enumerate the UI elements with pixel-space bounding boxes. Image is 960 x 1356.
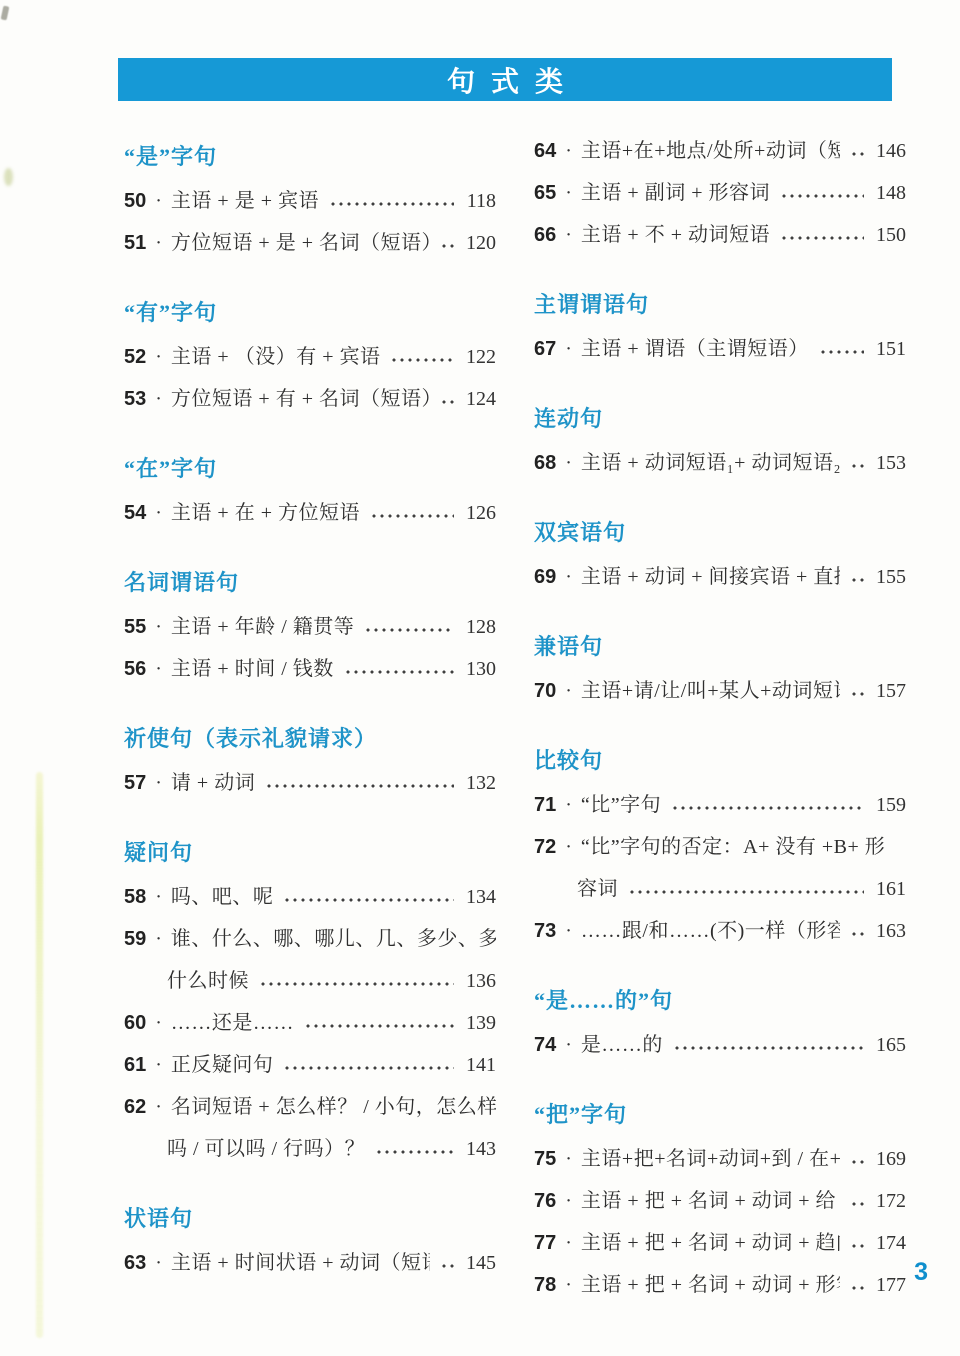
entry-text: 主语 + 动词 + 间接宾语 + 直接宾语: [581, 556, 840, 598]
page-ref: 130: [462, 648, 496, 690]
bullet-separator: ·: [155, 492, 162, 534]
page-ref: 174: [872, 1222, 906, 1264]
entry-text: ……跟/和……(不)一样（形容词）: [581, 910, 840, 952]
bullet-separator: ·: [565, 130, 572, 172]
toc-entry: 68·主语 + 动词短语₁+ 动词短语₂153: [534, 442, 906, 484]
entry-text: 吗、吧、呢: [171, 876, 274, 918]
page-ref: 161: [872, 868, 906, 910]
entry-text: 主语 + 是 + 宾语: [171, 180, 319, 222]
toc-entry: 56·主语 + 时间 / 钱数130: [124, 648, 496, 690]
entry-number: 55: [124, 606, 146, 648]
section-heading: 主谓谓语句: [534, 290, 906, 320]
toc-entry: 64·主语+在+地点/处所+动词（短语）146: [534, 130, 906, 172]
bullet-separator: ·: [565, 910, 572, 952]
bullet-separator: ·: [565, 172, 572, 214]
dot-leader: [850, 577, 864, 583]
bullet-separator: ·: [155, 1044, 162, 1086]
page-ref: 157: [872, 670, 906, 712]
dot-leader: [344, 669, 454, 675]
dot-leader: [850, 1159, 864, 1165]
scan-artifact-speck: [4, 168, 13, 186]
bullet-separator: ·: [155, 918, 162, 960]
entry-number: 53: [124, 378, 146, 420]
page-ref: 146: [872, 130, 906, 172]
entry-number: 63: [124, 1242, 146, 1284]
dot-leader: [390, 357, 454, 363]
toc-entry: 58·吗、吧、呢134: [124, 876, 496, 918]
entry-number: 74: [534, 1024, 556, 1066]
entry-number: 71: [534, 784, 556, 826]
dot-leader: [283, 897, 454, 903]
bullet-separator: ·: [565, 328, 572, 370]
entry-number: 76: [534, 1180, 556, 1222]
page-ref: 124: [462, 378, 496, 420]
bullet-separator: ·: [565, 1180, 572, 1222]
entry-text: 主语 + 副词 + 形容词: [581, 172, 770, 214]
page-ref: 153: [872, 442, 906, 484]
toc-entry: 70·主语+请/让/叫+某人+动词短语157: [534, 670, 906, 712]
toc-entry: 71·“比”字句159: [534, 784, 906, 826]
dot-leader: [375, 1149, 454, 1155]
entry-text: 请 + 动词: [171, 762, 255, 804]
page-ref: 143: [462, 1128, 496, 1170]
dot-leader: [259, 981, 454, 987]
page-ref: 145: [462, 1242, 496, 1284]
bullet-separator: ·: [155, 762, 162, 804]
page-ref: 165: [872, 1024, 906, 1066]
entry-number: 62: [124, 1086, 146, 1128]
section-heading: 连动句: [534, 404, 906, 434]
toc-entry: 60·……还是……139: [124, 1002, 496, 1044]
entry-number: 58: [124, 876, 146, 918]
toc-entry: 65·主语 + 副词 + 形容词148: [534, 172, 906, 214]
toc-entry: 78·主语 + 把 + 名词 + 动词 + 形容词177: [534, 1264, 906, 1306]
section-heading: 祈使句（表示礼貌请求）: [124, 724, 496, 754]
toc-entry-twoline: 72·“比”字句的否定：A+ 没有 +B+ 形 容词161: [534, 826, 906, 910]
bullet-separator: ·: [155, 336, 162, 378]
dot-leader: [850, 463, 864, 469]
dot-leader: [671, 805, 864, 811]
bullet-separator: ·: [565, 670, 572, 712]
entry-text: 主语 + 把 + 名词 + 动词 + 给 + 某人: [581, 1180, 840, 1222]
entry-text: 主语 + 把 + 名词 + 动词 + 形容词: [581, 1264, 840, 1306]
entry-text: 主语 + 不 + 动词短语: [581, 214, 770, 256]
toc-entry: 73·……跟/和……(不)一样（形容词）163: [534, 910, 906, 952]
entry-number: 52: [124, 336, 146, 378]
bullet-separator: ·: [565, 826, 572, 868]
dot-leader: [780, 193, 864, 199]
dot-leader: [364, 627, 454, 633]
page-ref: 128: [462, 606, 496, 648]
entry-text: 主语+把+名词+动词+到 / 在+地方: [581, 1138, 840, 1180]
entry-text: 名词短语 + 怎么样？ / 小句，怎么样（好: [171, 1086, 496, 1128]
bullet-separator: ·: [155, 378, 162, 420]
entry-text: 主语 + 把 + 名词 + 动词 + 趋向补语: [581, 1222, 840, 1264]
page-ref: 141: [462, 1044, 496, 1086]
toc-entry: 74·是……的165: [534, 1024, 906, 1066]
entry-number: 64: [534, 130, 556, 172]
dot-leader: [440, 243, 454, 249]
entry-text: 主语+在+地点/处所+动词（短语）: [581, 130, 840, 172]
toc-entry: 52·主语 + （没）有 + 宾语122: [124, 336, 496, 378]
dot-leader: [673, 1045, 864, 1051]
dot-leader: [850, 151, 864, 157]
bullet-separator: ·: [155, 222, 162, 264]
page-ref: 151: [872, 328, 906, 370]
page-ref: 134: [462, 876, 496, 918]
entry-number: 73: [534, 910, 556, 952]
dot-leader: [329, 201, 454, 207]
page-ref: 139: [462, 1002, 496, 1044]
section-heading: “是……的”句: [534, 986, 906, 1016]
entry-text: ……还是……: [171, 1002, 294, 1044]
entry-text: 谁、什么、哪、哪儿、几、多少、多大、: [171, 918, 496, 960]
section-heading: 名词谓语句: [124, 568, 496, 598]
entry-number: 69: [534, 556, 556, 598]
bullet-separator: ·: [565, 1024, 572, 1066]
entry-number: 59: [124, 918, 146, 960]
section-heading: 兼语句: [534, 632, 906, 662]
page-ref: 122: [462, 336, 496, 378]
dot-leader: [283, 1065, 454, 1071]
toc-entry-twoline: 62·名词短语 + 怎么样？ / 小句，怎么样（好 吗 / 可以吗 / 行吗）？…: [124, 1086, 496, 1170]
bullet-separator: ·: [155, 1086, 162, 1128]
dot-leader: [304, 1023, 454, 1029]
toc-entry: 61·正反疑问句141: [124, 1044, 496, 1086]
entry-text: 主语 + 谓语（主谓短语）: [581, 328, 809, 370]
entry-number: 67: [534, 328, 556, 370]
toc-column-right: 64·主语+在+地点/处所+动词（短语）146 65·主语 + 副词 + 形容词…: [534, 130, 906, 1306]
bullet-separator: ·: [155, 1002, 162, 1044]
page-ref: 177: [872, 1264, 906, 1306]
folio-page-number: 3: [914, 1258, 928, 1287]
dot-leader: [850, 691, 864, 697]
section-heading: 比较句: [534, 746, 906, 776]
entry-number: 72: [534, 826, 556, 868]
section-heading: “把”字句: [534, 1100, 906, 1130]
bullet-separator: ·: [155, 876, 162, 918]
section-heading: 双宾语句: [534, 518, 906, 548]
page-ref: 172: [872, 1180, 906, 1222]
dot-leader: [265, 783, 454, 789]
toc-column-left: “是”字句 50·主语 + 是 + 宾语118 51·方位短语 + 是 + 名词…: [124, 130, 496, 1284]
scan-artifact-strip: [36, 772, 43, 1338]
entry-text: 主语 + 年龄 / 籍贯等: [171, 606, 354, 648]
bullet-separator: ·: [565, 214, 572, 256]
dot-leader: [850, 1285, 864, 1291]
section-heading: 状语句: [124, 1204, 496, 1234]
entry-number: 70: [534, 670, 556, 712]
entry-number: 51: [124, 222, 146, 264]
dot-leader: [850, 931, 864, 937]
toc-entry: 66·主语 + 不 + 动词短语150: [534, 214, 906, 256]
page-ref: 150: [872, 214, 906, 256]
entry-text-continued: 什么时候: [167, 960, 249, 1002]
entry-text: 主语 + 时间状语 + 动词（短语）: [171, 1242, 430, 1284]
entry-text-continued: 容词: [577, 868, 618, 910]
entry-number: 66: [534, 214, 556, 256]
toc-entry-twoline: 59·谁、什么、哪、哪儿、几、多少、多大、 什么时候136: [124, 918, 496, 1002]
bullet-separator: ·: [565, 1138, 572, 1180]
dot-leader: [850, 1243, 864, 1249]
toc-entry: 77·主语 + 把 + 名词 + 动词 + 趋向补语174: [534, 1222, 906, 1264]
entry-number: 61: [124, 1044, 146, 1086]
scan-artifact-speck: [1, 6, 10, 21]
toc-entry: 53·方位短语 + 有 + 名词（短语）124: [124, 378, 496, 420]
entry-number: 68: [534, 442, 556, 484]
toc-entry: 76·主语 + 把 + 名词 + 动词 + 给 + 某人172: [534, 1180, 906, 1222]
page-ref: 120: [462, 222, 496, 264]
entry-text: 正反疑问句: [171, 1044, 274, 1086]
section-heading: “是”字句: [124, 142, 496, 172]
dot-leader: [628, 889, 864, 895]
entry-number: 56: [124, 648, 146, 690]
entry-text: “比”字句的否定：A+ 没有 +B+ 形: [581, 826, 885, 868]
toc-entry: 75·主语+把+名词+动词+到 / 在+地方169: [534, 1138, 906, 1180]
bullet-separator: ·: [155, 180, 162, 222]
page-title: 句式类: [431, 60, 579, 100]
toc-entry: 54·主语 + 在 + 方位短语126: [124, 492, 496, 534]
entry-number: 54: [124, 492, 146, 534]
header-banner: 句式类: [118, 58, 892, 101]
section-heading: 疑问句: [124, 838, 496, 868]
toc-entry: 57·请 + 动词132: [124, 762, 496, 804]
entry-number: 57: [124, 762, 146, 804]
entry-number: 50: [124, 180, 146, 222]
bullet-separator: ·: [565, 784, 572, 826]
entry-text: “比”字句: [581, 784, 661, 826]
entry-number: 60: [124, 1002, 146, 1044]
entry-text: 方位短语 + 是 + 名词（短语）: [171, 222, 430, 264]
entry-text: 方位短语 + 有 + 名词（短语）: [171, 378, 430, 420]
entry-text: 主语+请/让/叫+某人+动词短语: [581, 670, 840, 712]
entry-text: 主语 + 时间 / 钱数: [171, 648, 334, 690]
toc-entry: 51·方位短语 + 是 + 名词（短语）120: [124, 222, 496, 264]
entry-number: 77: [534, 1222, 556, 1264]
toc-entry: 55·主语 + 年龄 / 籍贯等128: [124, 606, 496, 648]
page-ref: 136: [462, 960, 496, 1002]
entry-text-continued: 吗 / 可以吗 / 行吗）？: [167, 1128, 365, 1170]
page-ref: 126: [462, 492, 496, 534]
bullet-separator: ·: [565, 1264, 572, 1306]
bullet-separator: ·: [565, 1222, 572, 1264]
section-heading: “在”字句: [124, 454, 496, 484]
entry-number: 75: [534, 1138, 556, 1180]
page-ref: 159: [872, 784, 906, 826]
toc-entry: 67·主语 + 谓语（主谓短语）151: [534, 328, 906, 370]
page-ref: 132: [462, 762, 496, 804]
entry-text: 是……的: [581, 1024, 663, 1066]
toc-entry: 63·主语 + 时间状语 + 动词（短语）145: [124, 1242, 496, 1284]
entry-number: 65: [534, 172, 556, 214]
entry-text: 主语 + （没）有 + 宾语: [171, 336, 381, 378]
bullet-separator: ·: [155, 1242, 162, 1284]
toc-entry: 69·主语 + 动词 + 间接宾语 + 直接宾语155: [534, 556, 906, 598]
dot-leader: [819, 349, 864, 355]
section-heading: “有”字句: [124, 298, 496, 328]
page-ref: 155: [872, 556, 906, 598]
dot-leader: [440, 1263, 454, 1269]
toc-entry: 50·主语 + 是 + 宾语118: [124, 180, 496, 222]
page-ref: 163: [872, 910, 906, 952]
page-ref: 118: [462, 180, 496, 222]
dot-leader: [370, 513, 454, 519]
dot-leader: [440, 399, 454, 405]
bullet-separator: ·: [565, 556, 572, 598]
bullet-separator: ·: [155, 648, 162, 690]
entry-number: 78: [534, 1264, 556, 1306]
page-ref: 169: [872, 1138, 906, 1180]
page-ref: 148: [872, 172, 906, 214]
dot-leader: [850, 1201, 864, 1207]
entry-text: 主语 + 动词短语₁+ 动词短语₂: [581, 442, 840, 484]
entry-text: 主语 + 在 + 方位短语: [171, 492, 360, 534]
bullet-separator: ·: [155, 606, 162, 648]
dot-leader: [780, 235, 864, 241]
bullet-separator: ·: [565, 442, 572, 484]
